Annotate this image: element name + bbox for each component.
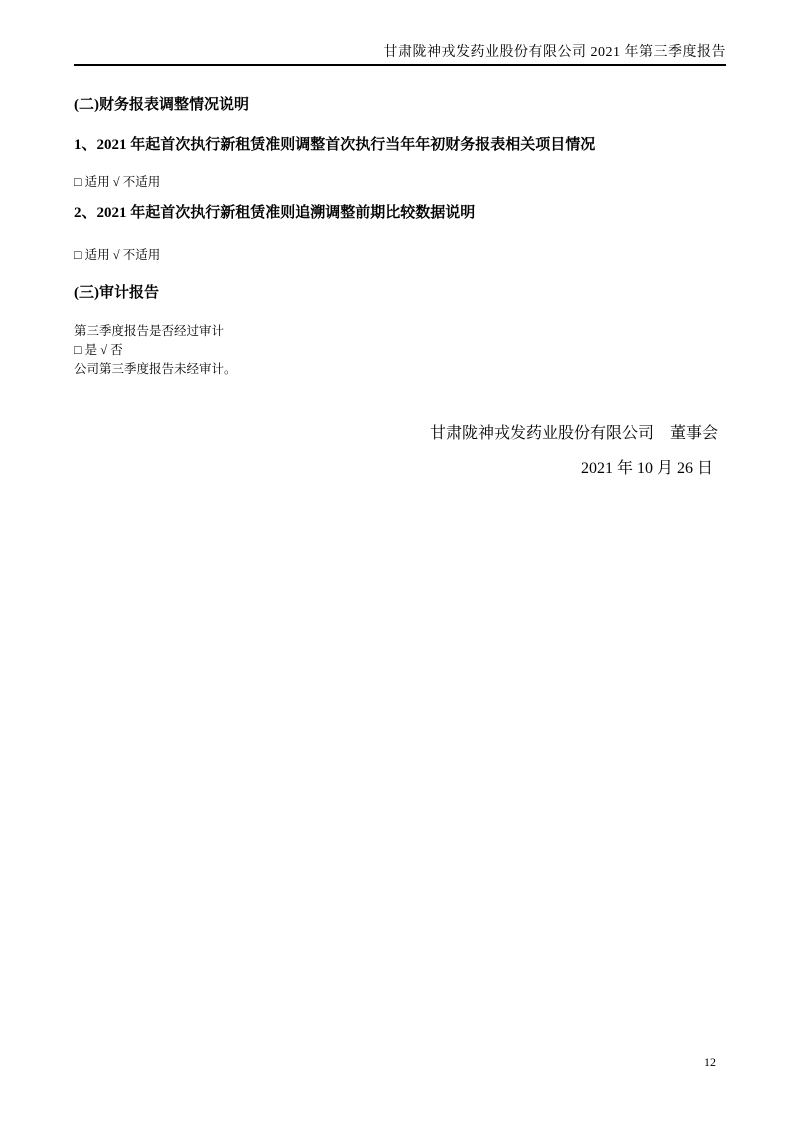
section-heading-audit-report: (三)审计报告 — [74, 285, 726, 301]
item2-heading-retrospective-adjustment: 2、2021 年起首次执行新租赁准则追溯调整前期比较数据说明 — [74, 205, 726, 222]
audit-answer-line: □ 是 √ 否 — [74, 341, 726, 360]
page-header: 甘肃陇神戎发药业股份有限公司 2021 年第三季度报告 — [74, 0, 726, 66]
document-page: 甘肃陇神戎发药业股份有限公司 2021 年第三季度报告 (二)财务报表调整情况说… — [0, 0, 793, 1122]
item1-applicability-line: □ 适用 √ 不适用 — [74, 175, 726, 189]
audit-question-line: 第三季度报告是否经过审计 — [74, 322, 726, 341]
page-content: (二)财务报表调整情况说明 1、2021 年起首次执行新租赁准则调整首次执行当年… — [74, 97, 726, 477]
signature-company-line: 甘肃陇神戎发药业股份有限公司 董事会 — [74, 425, 726, 442]
page-number: 12 — [704, 1055, 716, 1069]
audit-report-body: 第三季度报告是否经过审计 □ 是 √ 否 公司第三季度报告未经审计。 — [74, 322, 726, 379]
signature-date-line: 2021 年 10 月 26 日 — [74, 460, 726, 477]
item2-applicability-line: □ 适用 √ 不适用 — [74, 248, 726, 262]
audit-note-line: 公司第三季度报告未经审计。 — [74, 360, 726, 379]
signature-block: 甘肃陇神戎发药业股份有限公司 董事会 2021 年 10 月 26 日 — [74, 425, 726, 477]
item1-heading-new-lease-standard: 1、2021 年起首次执行新租赁准则调整首次执行当年年初财务报表相关项目情况 — [74, 137, 726, 154]
header-title: 甘肃陇神戎发药业股份有限公司 2021 年第三季度报告 — [74, 44, 726, 61]
section-heading-financial-adjustment: (二)财务报表调整情况说明 — [74, 97, 726, 113]
